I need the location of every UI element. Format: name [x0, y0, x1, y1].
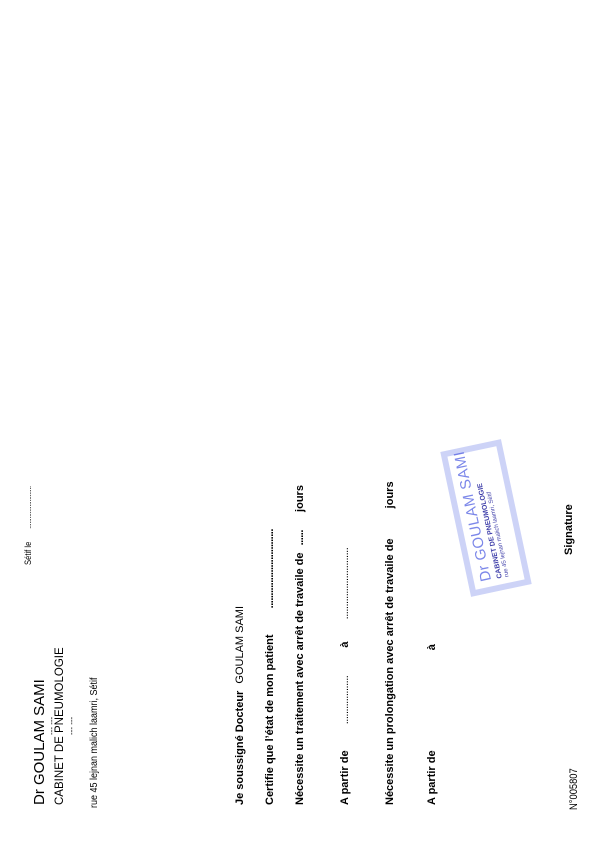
serial-number: N°005807 — [569, 768, 580, 810]
date-label: Sétif le — [23, 542, 33, 565]
to-label: à — [339, 641, 351, 647]
doctor-name: Dr GOULAM SAMI — [32, 679, 47, 805]
cabinet-name: CABINET DE PNEUMOLOGIE — [55, 647, 67, 805]
from-label: A partir de — [339, 750, 351, 805]
signature-label: Signature — [564, 504, 575, 555]
treatment-days-suffix: jours — [294, 485, 306, 512]
doctor-name-value: GOULAM SAMI — [234, 606, 246, 684]
cabinet-address: rue 45 lejnan malich laamri, Sétif — [90, 677, 100, 808]
date-line: Sétif le ......................... — [24, 486, 33, 565]
patient-state-field[interactable]: ............................... — [264, 529, 276, 608]
prolongation-days-suffix: jours — [384, 481, 396, 508]
declaration-line: Je soussigné Docteur GOULAM SAMI — [235, 606, 246, 805]
patient-state-label: Certifie que l’état de mon patient — [264, 634, 276, 805]
from-date-field[interactable]: ................... — [339, 676, 351, 725]
treatment-line: Nécessite un traitement avec arrêt de tr… — [295, 485, 306, 805]
header-separator-2: --- --- — [68, 717, 76, 735]
prolongation-period-line: A partir de à — [427, 561, 438, 805]
from-label-2: A partir de — [426, 750, 438, 805]
treatment-period-line: A partir de ................... à ......… — [340, 548, 351, 805]
medical-certificate-page: Dr GOULAM SAMI --- --- CABINET DE PNEUMO… — [0, 0, 596, 842]
to-date-field[interactable]: ............................ — [339, 548, 351, 620]
doctor-stamp: Dr GOULAM SAMI CABINET DE PNEUMOLOGIE ru… — [440, 439, 531, 597]
date-field[interactable]: ......................... — [23, 486, 33, 529]
prolongation-line: Nécessite un prolongation avec arrêt de … — [385, 481, 396, 805]
prolongation-label: Nécessite un prolongation avec arrêt de … — [384, 538, 396, 805]
to-label-2: à — [426, 644, 438, 650]
treatment-days-field[interactable]: ...... — [294, 530, 306, 545]
patient-state-line: Certifie que l’état de mon patient .....… — [265, 529, 276, 805]
treatment-label: Nécessite un traitement avec arrêt de tr… — [294, 552, 306, 805]
declaration-label: Je soussigné Docteur — [234, 691, 246, 805]
